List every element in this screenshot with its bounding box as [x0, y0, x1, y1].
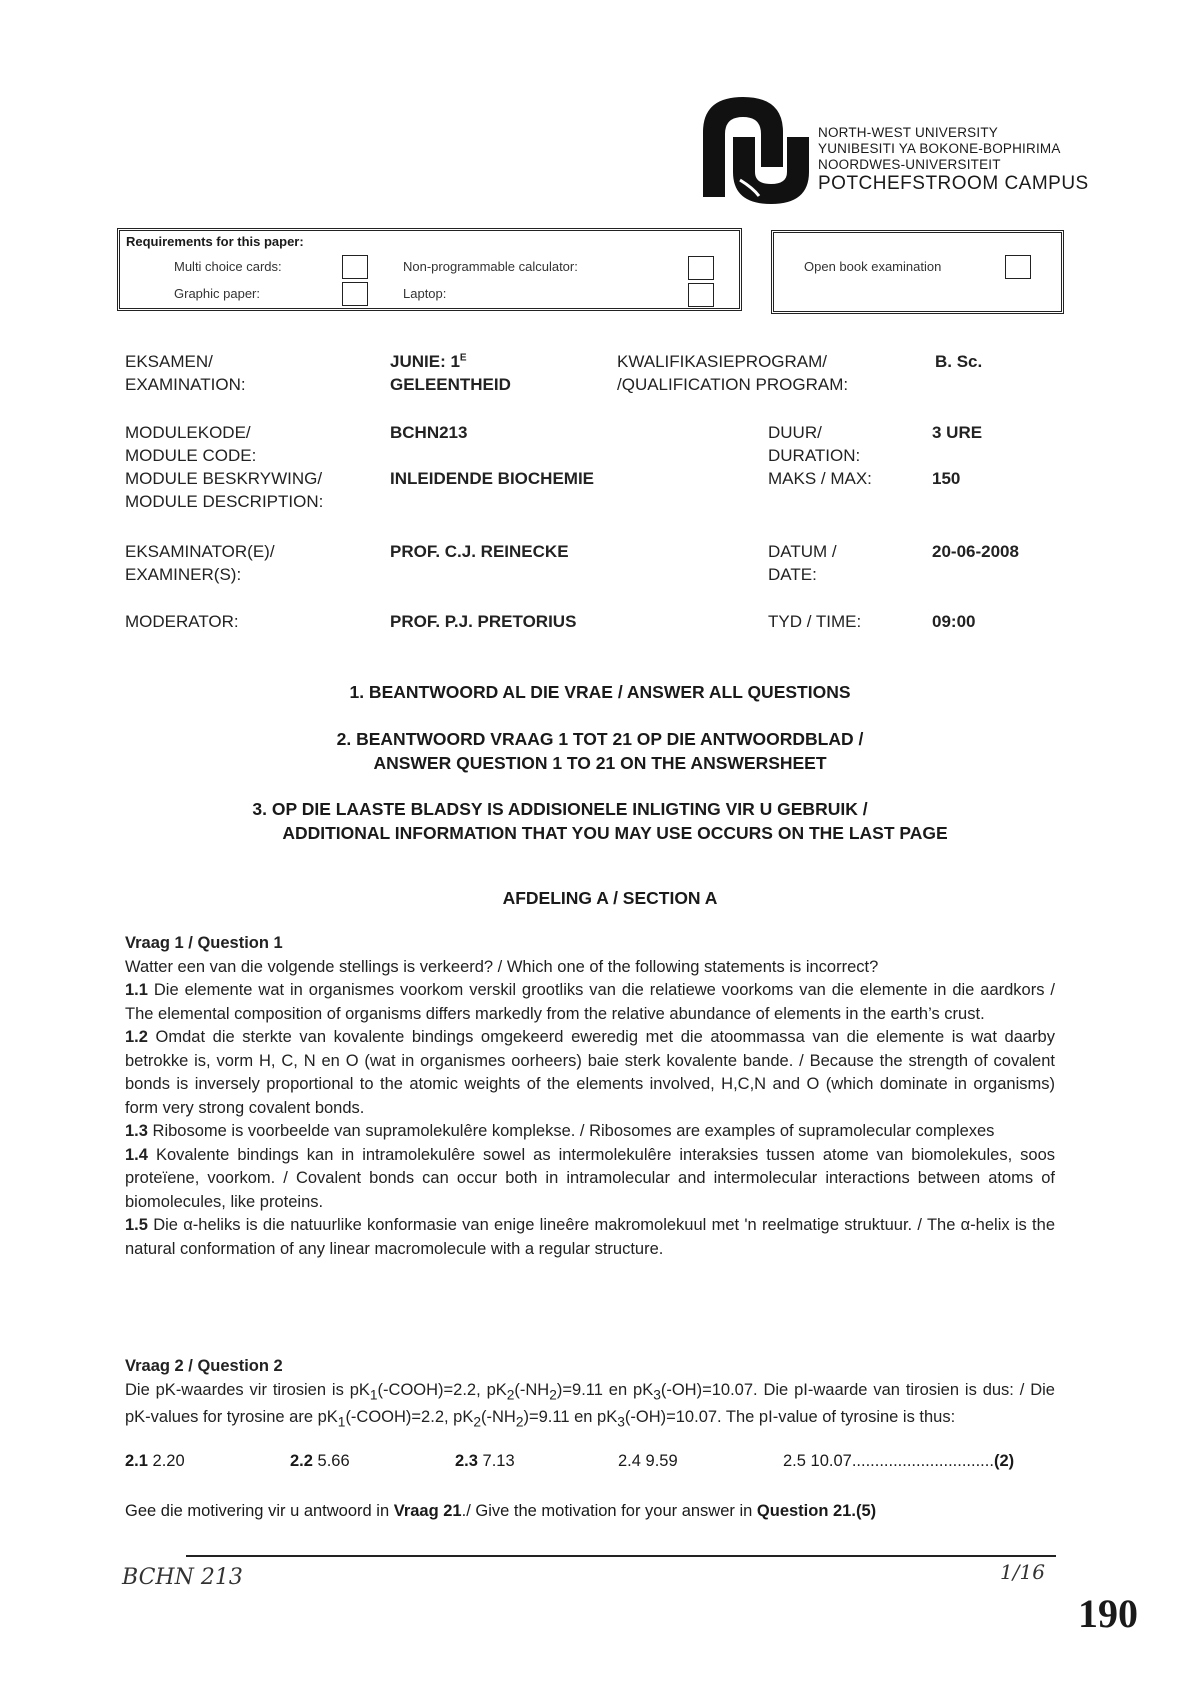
program-label: KWALIFIKASIEPROGRAM//QUALIFICATION PROGR… [617, 350, 848, 396]
university-name-tn: YUNIBESITI YA BOKONE-BOPHIRIMA [818, 141, 1089, 157]
instruction-3: 3. OP DIE LAASTE BLADSY IS ADDISIONELE I… [0, 797, 1160, 821]
footer-divider [186, 1555, 1056, 1557]
program-value: B. Sc. [935, 350, 982, 373]
nwu-logo-icon [695, 92, 820, 207]
question-2-option-3: 2.3 7.13 [455, 1452, 515, 1471]
question-1-option-4: 1.4 Kovalente bindings kan in intramolek… [125, 1144, 1055, 1215]
question-1-option-2: 1.2 Omdat die sterkte van kovalente bind… [125, 1026, 1055, 1120]
question-1-option-1: 1.1 Die elemente wat in organismes voork… [125, 979, 1055, 1026]
graphic-paper-checkbox[interactable] [342, 282, 368, 306]
campus-name: POTCHEFSTROOM CAMPUS [818, 173, 1089, 195]
examination-label: EKSAMEN/EXAMINATION: [125, 350, 246, 396]
module-description-label: MODULE BESKRYWING/MODULE DESCRIPTION: [125, 467, 323, 513]
examiner-label: EKSAMINATOR(E)/EXAMINER(S): [125, 540, 275, 586]
question-1-option-5: 1.5 Die α-heliks is die natuurlike konfo… [125, 1214, 1055, 1261]
open-book-box: Open book examination [771, 230, 1064, 314]
duration-value: 3 URE [932, 421, 982, 444]
university-name-af: NOORDWES-UNIVERSITEIT [818, 157, 1089, 173]
question-2-option-1: 2.1 2.20 [125, 1452, 185, 1471]
section-title: AFDELING A / SECTION A [10, 886, 1200, 910]
question-2-option-4: 2.4 9.59 [618, 1452, 678, 1471]
examination-value: JUNIE: 1E GELEENTHEID [390, 350, 511, 396]
question-2: Vraag 2 / Question 2 Die pK-waardes vir … [125, 1355, 1055, 1434]
examiner-value: PROF. C.J. REINECKE [390, 540, 569, 563]
question-1: Vraag 1 / Question 1 Watter een van die … [125, 932, 1055, 1261]
date-value: 20-06-2008 [932, 540, 1019, 563]
multi-choice-label: Multi choice cards: [174, 259, 282, 274]
requirements-title: Requirements for this paper: [126, 234, 304, 249]
question-2-motivation: Gee die motivering vir u antwoord in Vra… [125, 1502, 876, 1521]
max-label: MAKS / MAX: [768, 467, 872, 490]
question-1-stem: Watter een van die volgende stellings is… [125, 956, 1055, 980]
calculator-checkbox[interactable] [688, 256, 714, 280]
university-name: NORTH-WEST UNIVERSITY YUNIBESITI YA BOKO… [818, 125, 1089, 195]
time-value: 09:00 [932, 610, 975, 633]
date-label: DATUM /DATE: [768, 540, 837, 586]
question-2-option-5: 2.5 10.07...............................… [783, 1452, 1014, 1471]
instruction-2: 2. BEANTWOORD VRAAG 1 TOT 21 OP DIE ANTW… [0, 727, 1200, 751]
module-code-label: MODULEKODE/MODULE CODE: [125, 421, 256, 467]
handwritten-page-number: 1/16 [1000, 1560, 1045, 1584]
university-name-en: NORTH-WEST UNIVERSITY [818, 125, 1089, 141]
question-2-stem: Die pK-waardes vir tirosien is pK1(-COOH… [125, 1379, 1055, 1435]
duration-label: DUUR/DURATION: [768, 421, 860, 467]
instruction-3-en: ADDITIONAL INFORMATION THAT YOU MAY USE … [15, 821, 1200, 845]
instruction-2-en: ANSWER QUESTION 1 TO 21 ON THE ANSWERSHE… [0, 751, 1200, 775]
multi-choice-checkbox[interactable] [342, 255, 368, 279]
moderator-value: PROF. P.J. PRETORIUS [390, 610, 576, 633]
instruction-1: 1. BEANTWOORD AL DIE VRAE / ANSWER ALL Q… [0, 680, 1200, 704]
moderator-label: MODERATOR: [125, 610, 239, 633]
graphic-paper-label: Graphic paper: [174, 286, 260, 301]
handwritten-module-code: BCHN 213 [122, 1565, 243, 1590]
question-1-heading: Vraag 1 / Question 1 [125, 932, 1055, 956]
laptop-label: Laptop: [403, 286, 446, 301]
question-1-option-3: 1.3 Ribosome is voorbeelde van supramole… [125, 1120, 1055, 1144]
requirements-box: Requirements for this paper: Multi choic… [117, 228, 742, 311]
question-2-heading: Vraag 2 / Question 2 [125, 1355, 1055, 1379]
page-stamp-number: 190 [1078, 1590, 1138, 1637]
open-book-label: Open book examination [804, 259, 941, 274]
open-book-checkbox[interactable] [1005, 255, 1031, 279]
module-code-value: BCHN213 [390, 421, 467, 444]
laptop-checkbox[interactable] [688, 283, 714, 307]
calculator-label: Non-programmable calculator: [403, 259, 578, 274]
max-value: 150 [932, 467, 960, 490]
time-label: TYD / TIME: [768, 610, 861, 633]
module-description-value: INLEIDENDE BIOCHEMIE [390, 467, 594, 490]
question-2-option-2: 2.2 5.66 [290, 1452, 350, 1471]
